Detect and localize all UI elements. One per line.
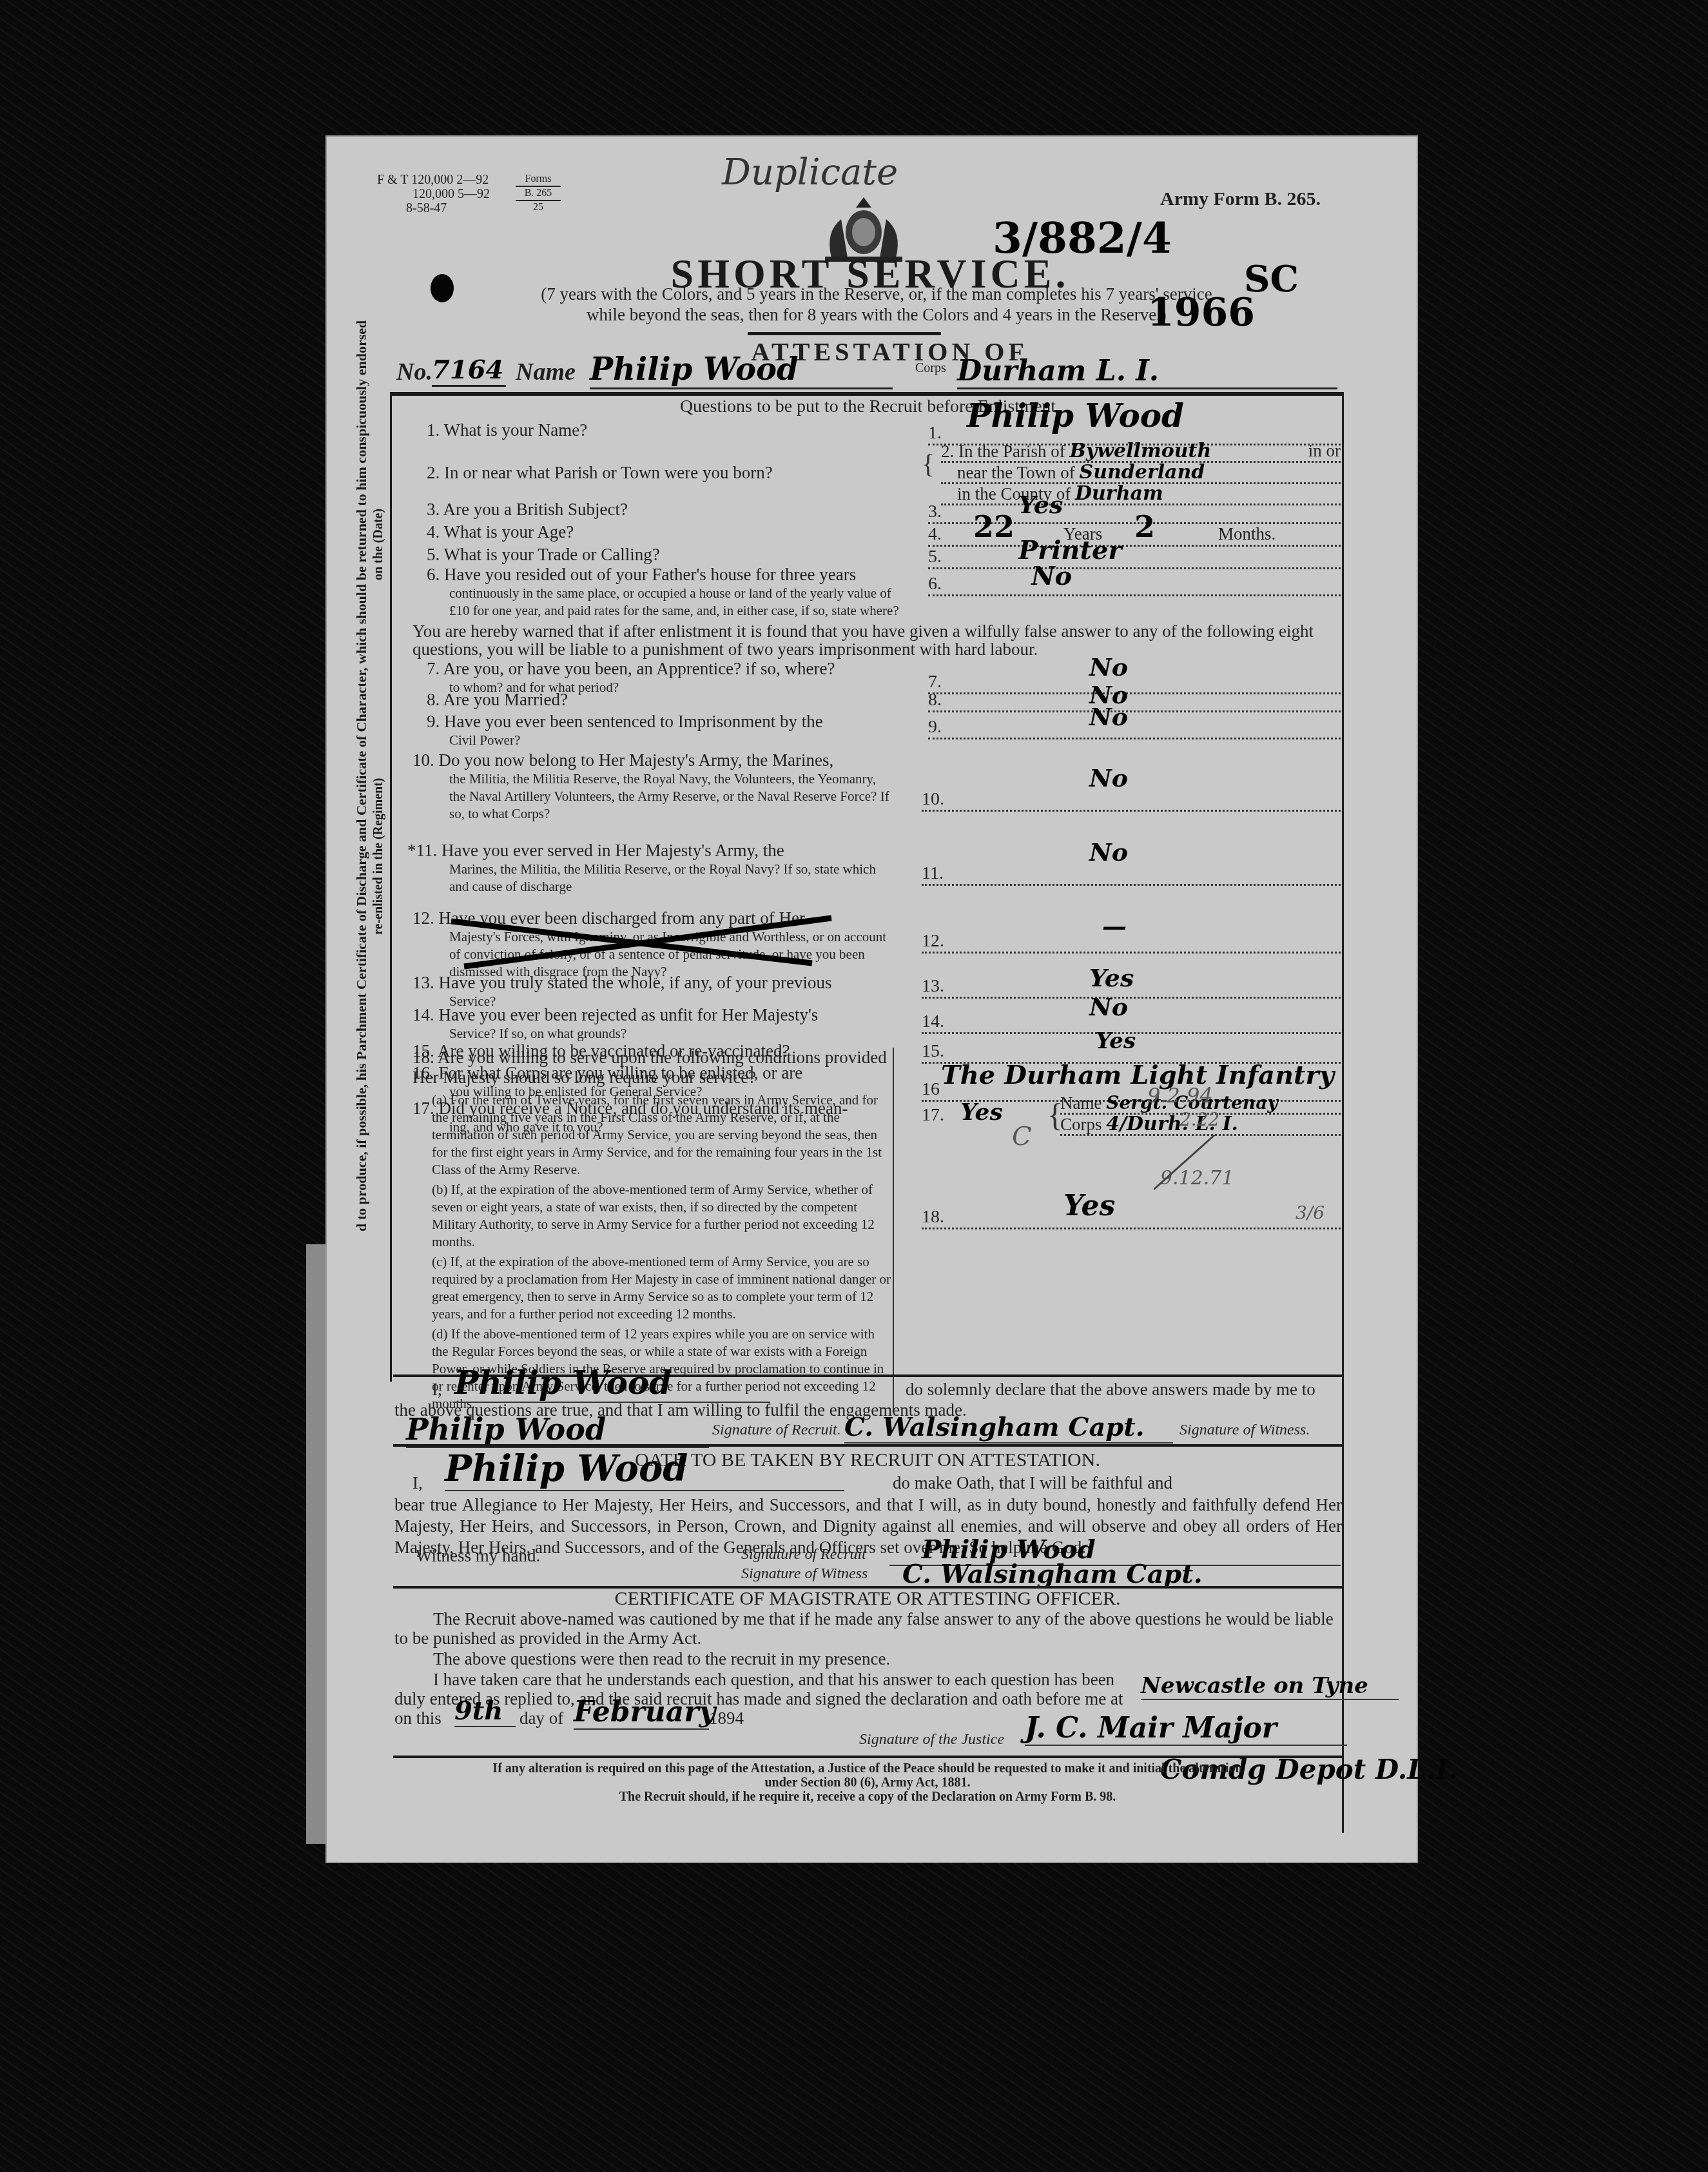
answer-11[interactable]: No bbox=[1089, 837, 1128, 866]
oath-name[interactable]: Philip Wood bbox=[445, 1447, 844, 1491]
question-subtext: Marines, the Militia, the Militia Reserv… bbox=[407, 861, 891, 895]
notice-corps-label: Corps bbox=[1060, 1115, 1102, 1134]
question-number: 3. bbox=[427, 500, 440, 519]
question-row: 10. Do you now belong to Her Majesty's A… bbox=[412, 750, 1341, 841]
forms-ref-line: Forms bbox=[516, 173, 561, 186]
answer-7[interactable]: No bbox=[1089, 652, 1128, 681]
side-margin-line-2a: re-enlisted in the (Regiment) bbox=[371, 778, 386, 935]
answer-1[interactable]: Philip Wood bbox=[967, 396, 1184, 435]
footer-line-1: If any alteration is required on this pa… bbox=[393, 1761, 1342, 1776]
declaration-witness-signature[interactable]: C. Walsingham Capt. bbox=[844, 1412, 1173, 1443]
answer-6[interactable]: No bbox=[1031, 561, 1072, 591]
print-code: F & T 120,000 2—92 120,000 5—92 8-58-47 bbox=[377, 173, 490, 215]
certificate-heading: CERTIFICATE OF MAGISTRATE OR ATTESTING O… bbox=[393, 1588, 1342, 1610]
question-number: 4. bbox=[427, 522, 440, 542]
certificate-year: 1894 bbox=[709, 1708, 744, 1728]
justice-signature[interactable]: J. C. Mair Major bbox=[1025, 1712, 1347, 1746]
answer-5-line: 5. bbox=[928, 547, 1341, 569]
footer-line-2: under Section 80 (6), Army Act, 1881. bbox=[393, 1776, 1342, 1790]
question-text: Have you ever been rejected as unfit for… bbox=[439, 1005, 819, 1024]
months-label: Months. bbox=[1218, 524, 1276, 544]
pencil-note: C bbox=[1012, 1122, 1032, 1151]
oath-text-1: do make Oath, that I will be faithful an… bbox=[893, 1473, 1344, 1493]
question-text: Have you ever served in Her Majesty's Ar… bbox=[442, 841, 784, 860]
footer: If any alteration is required on this pa… bbox=[393, 1747, 1342, 1804]
frame-right bbox=[1342, 392, 1344, 1833]
certificate-place[interactable]: Newcastle on Tyne bbox=[1141, 1673, 1399, 1700]
question-text: Are you a British Subject? bbox=[443, 500, 628, 519]
question-text: What is your Trade or Calling? bbox=[444, 545, 660, 564]
declaration-prefix: I, bbox=[432, 1380, 442, 1400]
question-1: 1. What is your Name? bbox=[427, 420, 891, 440]
answer-4-months[interactable]: 2 bbox=[1134, 509, 1155, 544]
question-3: 3. Are you a British Subject? bbox=[427, 500, 891, 520]
forms-ref-line: 25 bbox=[516, 201, 561, 214]
parish-value[interactable]: Bywellmouth bbox=[1069, 440, 1211, 462]
question-number: 18. bbox=[412, 1048, 434, 1067]
question-number: *11. bbox=[407, 841, 437, 860]
question-text: Do you now belong to Her Majesty's Army,… bbox=[439, 750, 834, 770]
question-number: 6. bbox=[427, 565, 440, 584]
number-value: 7164 bbox=[432, 355, 506, 387]
question-text: What is your Name? bbox=[444, 420, 588, 440]
divider bbox=[393, 1444, 1342, 1447]
answer-9[interactable]: No bbox=[1089, 702, 1128, 731]
oath-prefix: I, bbox=[412, 1473, 423, 1493]
answer-4-years[interactable]: 22 bbox=[973, 509, 1014, 544]
declaration-witness-label: Signature of Witness. bbox=[1179, 1422, 1310, 1439]
condition-b: (b) If, at the expiration of the above-m… bbox=[412, 1181, 893, 1251]
town-label: near the Town of bbox=[957, 463, 1075, 482]
or-label: in or bbox=[1308, 442, 1341, 460]
town-value[interactable]: Sunderland bbox=[1080, 461, 1205, 484]
warning-text: You are hereby warned that if after enli… bbox=[412, 622, 1341, 658]
side-margin-line-2b: on the (Date) bbox=[371, 509, 386, 580]
condition-c: (c) If, at the expiration of the above-m… bbox=[412, 1253, 893, 1323]
question-row: 8. Are you Married? 8. No bbox=[412, 690, 1341, 712]
answer-14[interactable]: No bbox=[1089, 992, 1128, 1021]
question-row: 9. Have you ever been sentenced to Impri… bbox=[412, 712, 1341, 750]
name-label: Name bbox=[516, 358, 576, 386]
question-text: Are you Married? bbox=[443, 690, 568, 709]
question-text: Have you truly stated the whole, if any,… bbox=[439, 973, 832, 992]
question-number: 7. bbox=[427, 659, 440, 678]
question-18: 18. Are you willing to serve upon the fo… bbox=[412, 1048, 894, 1413]
answer-15[interactable]: Yes bbox=[1096, 1028, 1136, 1054]
certificate-month[interactable]: February bbox=[574, 1696, 709, 1730]
answer-6-line: 6. bbox=[928, 574, 1341, 596]
brace: { bbox=[922, 442, 935, 487]
frame-left bbox=[390, 392, 392, 1382]
question-text: Have you ever been sentenced to Imprison… bbox=[444, 712, 823, 731]
question-row: 14. Have you ever been rejected as unfit… bbox=[412, 1005, 1341, 1037]
question-row: 12. Have you ever been discharged from a… bbox=[412, 908, 1341, 973]
print-code-line: F & T 120,000 2—92 bbox=[377, 173, 490, 187]
strike-through-icon bbox=[438, 912, 851, 970]
divider bbox=[748, 332, 941, 335]
notice-name-label: Name bbox=[1060, 1093, 1101, 1113]
question-number: 12. bbox=[412, 908, 434, 928]
question-11: *11. Have you ever served in Her Majesty… bbox=[407, 841, 891, 895]
question-5: 5. What is your Trade or Calling? bbox=[427, 545, 891, 565]
witness-my-hand: Witness my hand. bbox=[416, 1546, 540, 1566]
question-row: 7. Are you, or have you been, an Apprent… bbox=[412, 659, 1341, 686]
footer-line-3: The Recruit should, if he require it, re… bbox=[393, 1790, 1342, 1804]
questions-heading: Questions to be put to the Recruit befor… bbox=[400, 396, 1341, 417]
question-row: *11. Have you ever served in Her Majesty… bbox=[412, 841, 1341, 908]
answer-10[interactable]: No bbox=[1089, 763, 1128, 792]
question-number: 9. bbox=[427, 712, 440, 731]
question-number: 10. bbox=[412, 750, 434, 770]
question-subtext: Service? If so, on what grounds? bbox=[412, 1025, 891, 1042]
question-subtext: the Militia, the Militia Reserve, the Ro… bbox=[412, 770, 891, 823]
answer-3[interactable]: Yes bbox=[1018, 490, 1063, 519]
question-2: 2. In or near what Parish or Town were y… bbox=[427, 463, 891, 483]
question-6: 6. Have you resided out of your Father's… bbox=[427, 565, 904, 620]
answer-17[interactable]: Yes bbox=[960, 1099, 1003, 1126]
question-number: 14. bbox=[412, 1005, 434, 1024]
forms-ref: Forms B. 265 25 bbox=[516, 173, 561, 214]
question-text: Have you resided out of your Father's ho… bbox=[444, 565, 856, 584]
name-value: Philip Wood bbox=[590, 351, 893, 389]
print-code-line: 8-58-47 bbox=[377, 201, 490, 215]
corps-label: Corps bbox=[915, 361, 946, 376]
question-text: What is your Age? bbox=[444, 522, 574, 542]
pencil-note: 2.22 bbox=[1179, 1109, 1219, 1130]
answer-18-line: 18. bbox=[922, 1207, 1341, 1229]
parish-label: 2. In the Parish of bbox=[941, 442, 1065, 461]
declaration-recruit-signature[interactable]: Philip Wood bbox=[406, 1412, 709, 1448]
answer-18[interactable]: Yes bbox=[1063, 1189, 1115, 1222]
question-row: 13. Have you truly stated the whole, if … bbox=[412, 973, 1341, 1005]
day-of-label: day of bbox=[519, 1708, 563, 1728]
certificate-p1: The Recruit above-named was cautioned by… bbox=[394, 1609, 1342, 1648]
question-text: In or near what Parish or Town were you … bbox=[444, 463, 773, 482]
condition-a: (a) For the term of Twelve years, for th… bbox=[412, 1091, 893, 1179]
question-text: Are you, or have you been, an Apprentice… bbox=[443, 659, 835, 678]
certificate-p2: The above questions were then read to th… bbox=[394, 1649, 1342, 1669]
pencil-slash-icon bbox=[1154, 1135, 1218, 1193]
oath-witness-signature[interactable]: C. Walsingham Capt. bbox=[889, 1559, 1341, 1589]
print-code-line: 120,000 5—92 bbox=[377, 187, 490, 201]
number-label: No. bbox=[396, 358, 432, 386]
duplicate-note: Duplicate bbox=[722, 152, 898, 193]
question-number: 2. bbox=[427, 463, 440, 482]
pencil-note: 9.2.94 bbox=[1147, 1083, 1213, 1108]
declaration-text-1: do solemnly declare that the above answe… bbox=[906, 1380, 1344, 1400]
side-margin-line-1: d to produce, if possible, his Parchment… bbox=[353, 320, 370, 1231]
question-14: 14. Have you ever been rejected as unfit… bbox=[412, 1005, 891, 1042]
question-number: 8. bbox=[427, 690, 440, 709]
answer-12[interactable]: — bbox=[1102, 912, 1127, 941]
question-subtext: Civil Power? bbox=[427, 732, 891, 749]
pencil-note: 3/6 bbox=[1296, 1202, 1325, 1224]
question-8: 8. Are you Married? bbox=[427, 690, 891, 710]
frame-top bbox=[390, 392, 1344, 396]
question-10: 10. Do you now belong to Her Majesty's A… bbox=[412, 750, 891, 823]
question-4: 4. What is your Age? bbox=[427, 522, 891, 542]
form-number: Army Form B. 265. bbox=[1160, 188, 1321, 210]
declaration-recruit-label: Signature of Recruit. bbox=[712, 1422, 841, 1439]
justice-label: Signature of the Justice bbox=[859, 1731, 1004, 1748]
question-number: 13. bbox=[412, 973, 434, 992]
declaration-name[interactable]: Philip Wood bbox=[454, 1364, 770, 1403]
on-this-label: on this bbox=[394, 1708, 442, 1728]
question-subtext: continuously in the same place, or occup… bbox=[427, 585, 904, 620]
corps-value: Durham L. I. bbox=[957, 355, 1337, 389]
answer-13[interactable]: Yes bbox=[1089, 963, 1134, 992]
corps-number: 1966 bbox=[1147, 290, 1255, 335]
question-number: 1. bbox=[427, 420, 440, 440]
certificate-day[interactable]: 9th bbox=[454, 1696, 516, 1727]
forms-ref-line: B. 265 bbox=[516, 186, 561, 201]
oath-witness-label: Signature of Witness bbox=[741, 1565, 868, 1583]
answer-2-block: 2. In the Parish of Bywellmouth in or ne… bbox=[941, 442, 1341, 505]
question-text: Are you willing to serve upon the follow… bbox=[412, 1048, 887, 1087]
question-9: 9. Have you ever been sentenced to Impri… bbox=[427, 712, 891, 749]
question-number: 5. bbox=[427, 545, 440, 564]
answer-16[interactable]: The Durham Light Infantry bbox=[941, 1060, 1334, 1090]
oath-recruit-label: Signature of Recruit bbox=[741, 1546, 866, 1563]
